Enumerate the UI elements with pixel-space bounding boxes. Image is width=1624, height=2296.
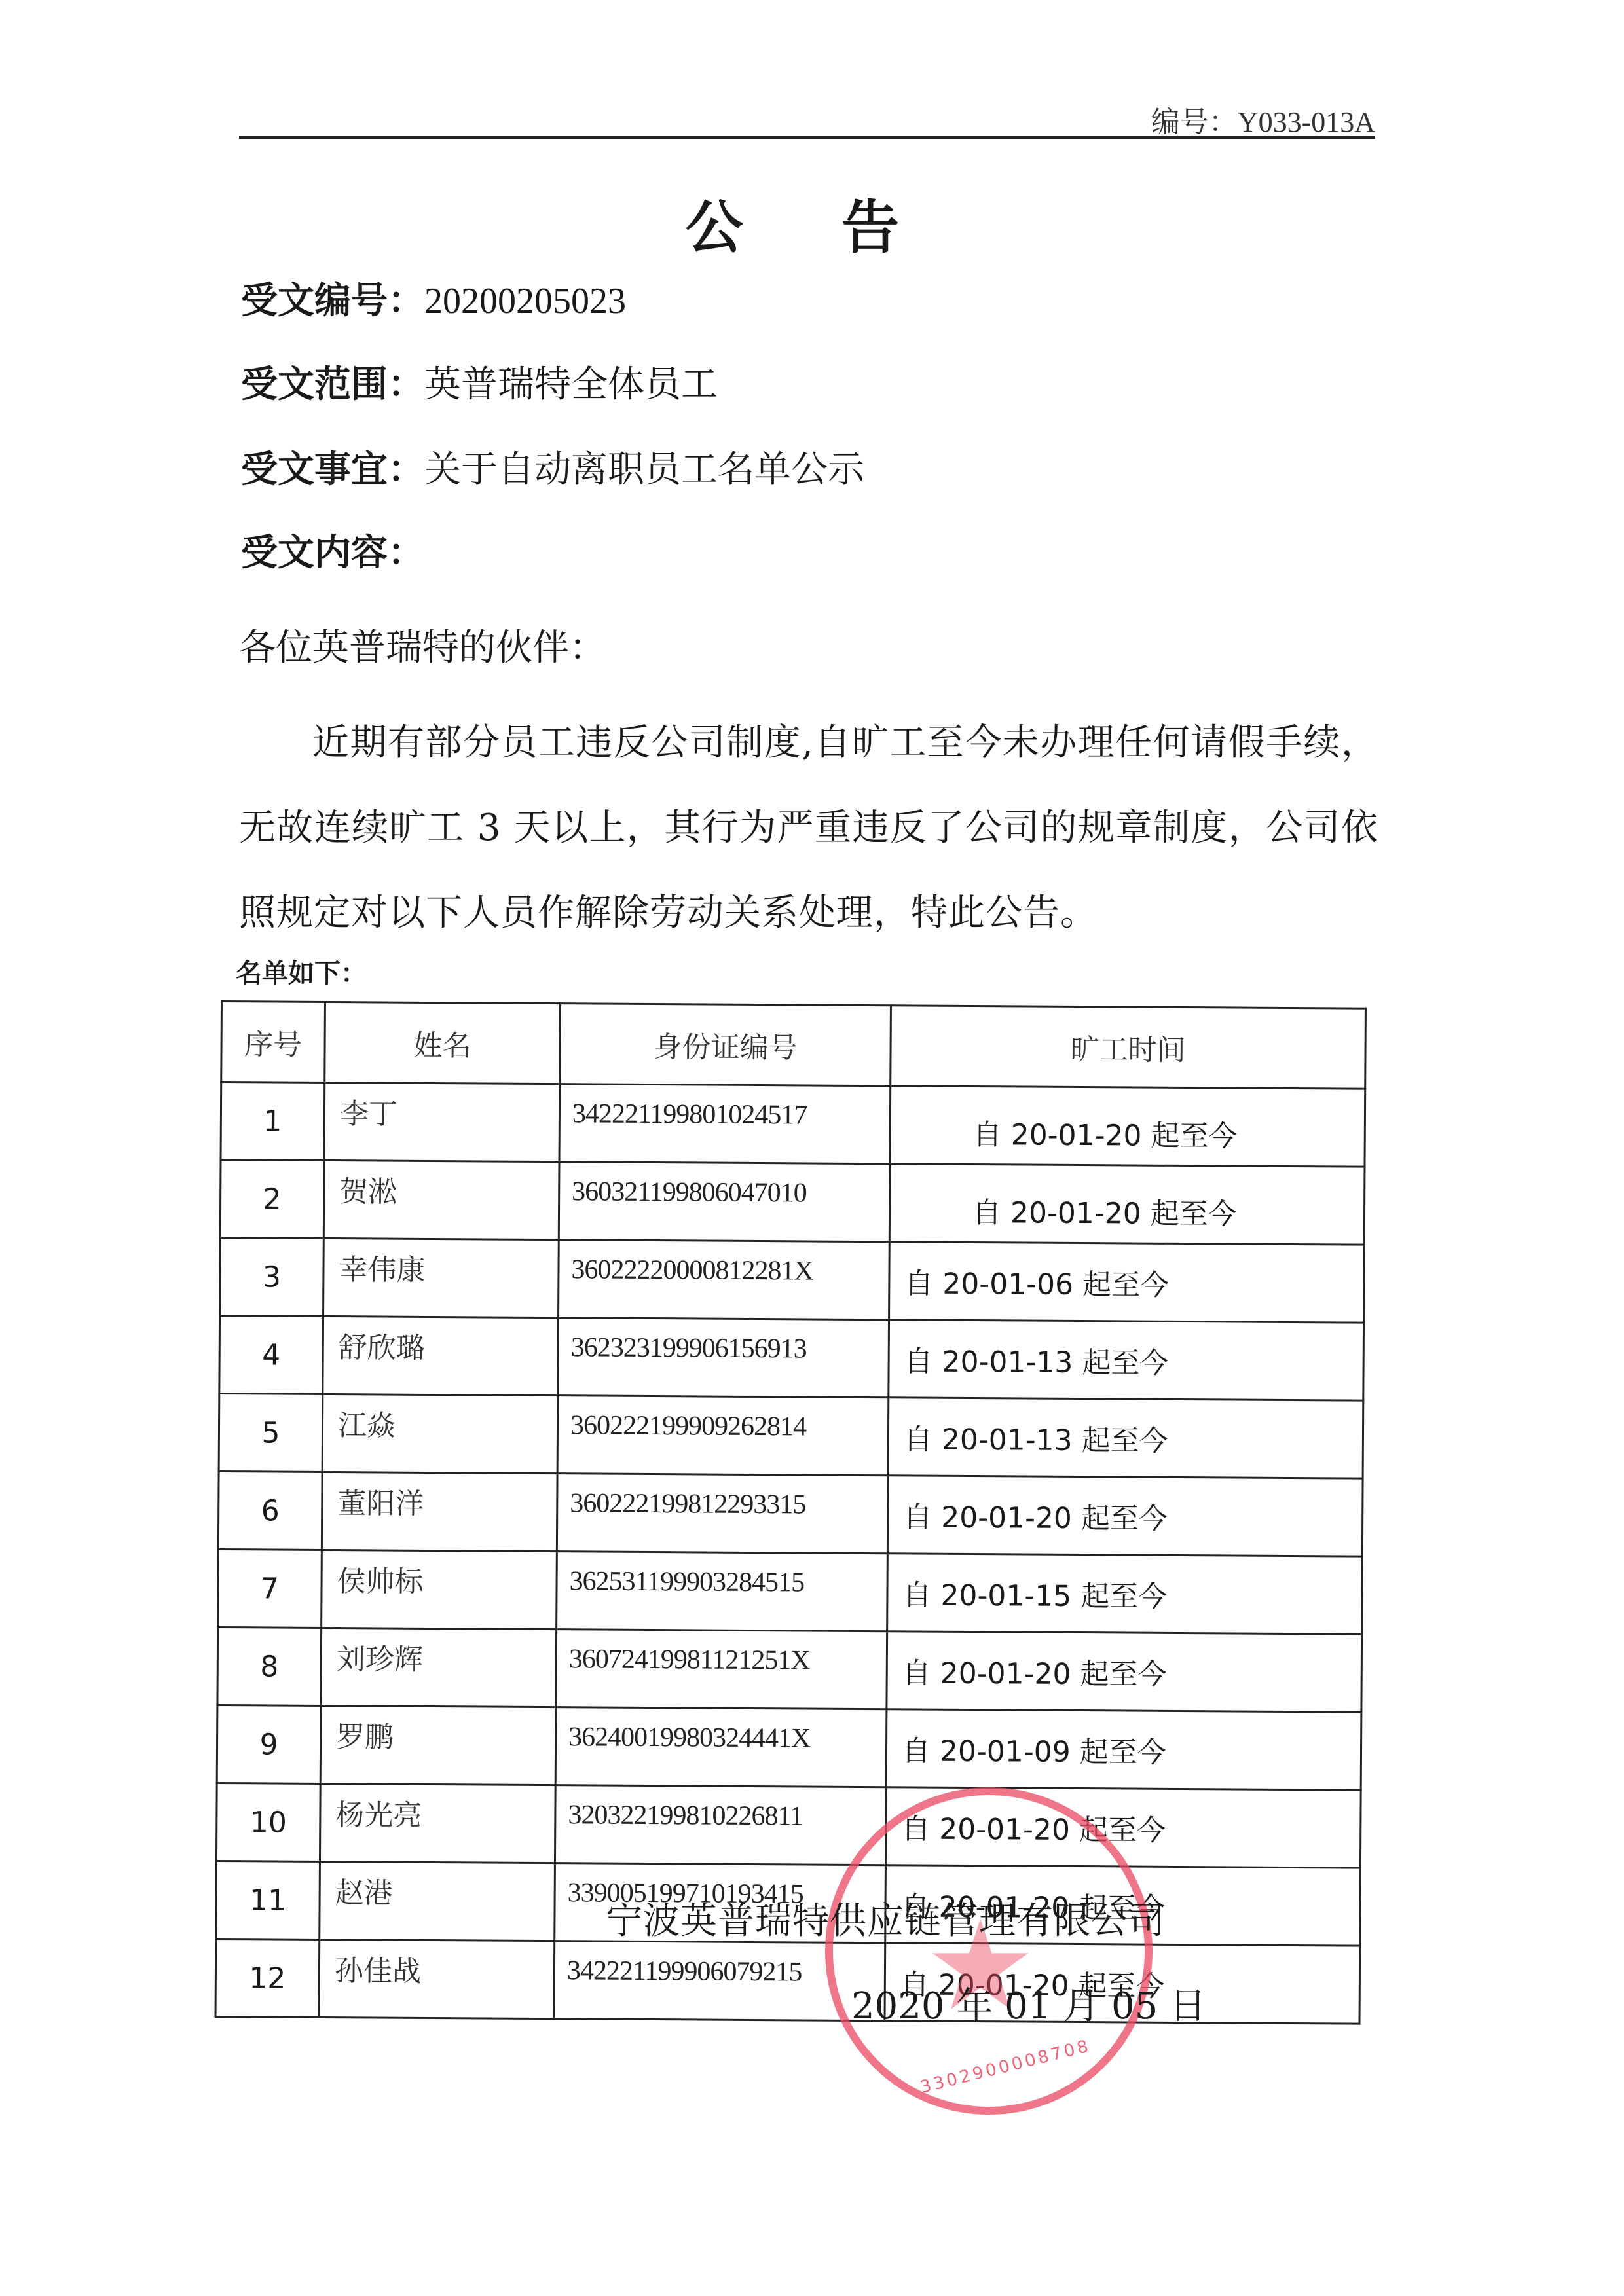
row-name: 杨光亮 [320, 1783, 555, 1863]
table-header-row: 序号 姓名 身份证编号 旷工时间 [221, 1002, 1366, 1089]
subject-value: 关于自动离职员工名单公示 [424, 450, 864, 490]
row-name: 贺淞 [323, 1160, 559, 1239]
row-seq: 10 [216, 1783, 320, 1861]
row-name: 赵港 [320, 1861, 555, 1941]
row-name: 刘珍辉 [321, 1628, 557, 1707]
row-id: 360222199812293315 [557, 1474, 888, 1554]
row-seq: 9 [217, 1705, 321, 1783]
company-stamp: ★ 3302900008708 [825, 1787, 1153, 2115]
row-seq: 11 [216, 1861, 320, 1939]
row-absence: 自 20-01-15 起至今 [887, 1554, 1363, 1634]
row-id: 360321199806047010 [559, 1162, 890, 1242]
row-seq: 6 [218, 1471, 322, 1550]
row-name: 罗鹏 [320, 1705, 556, 1785]
row-seq: 1 [221, 1082, 325, 1161]
row-id: 362531199903284515 [557, 1552, 888, 1631]
greeting: 各位英普瑞特的伙伴： [239, 619, 606, 671]
issue-date: 2020 年 01 月 05 日 [851, 1977, 1206, 2030]
header-name: 姓名 [325, 1002, 561, 1084]
page-title: 公 告 [0, 182, 1624, 264]
row-id: 342221199801024517 [559, 1084, 891, 1164]
subject-line: 受文事宜：关于自动离职员工名单公示 [241, 447, 864, 493]
row-seq: 2 [220, 1160, 324, 1239]
row-absence: 自 20-01-09 起至今 [886, 1709, 1361, 1790]
row-seq: 5 [219, 1393, 323, 1472]
header-absence: 旷工时间 [891, 1006, 1366, 1089]
row-id: 36022220000812281X [559, 1240, 890, 1320]
row-name: 李丁 [324, 1082, 560, 1161]
header-id: 身份证编号 [560, 1004, 891, 1086]
row-name: 孙佳战 [319, 1939, 555, 2018]
row-id: 320322199810226811 [555, 1785, 886, 1865]
table-row: 2 贺淞 360321199806047010 自 20-01-20 起至今 [220, 1160, 1365, 1245]
table-row: 1 李丁 342221199801024517 自 20-01-20 起至今 [221, 1082, 1365, 1167]
content-label: 受文内容： [241, 532, 424, 574]
row-seq: 7 [218, 1549, 322, 1628]
company-name: 宁波英普瑞特供应链管理有限公司 [606, 1892, 1166, 1944]
row-id: 360222199909262814 [557, 1396, 889, 1476]
row-name: 侯帅标 [322, 1550, 557, 1629]
employee-table: 序号 姓名 身份证编号 旷工时间 1 李丁 342221199801024517… [215, 1000, 1367, 2025]
table-row: 8 刘珍辉 36072419981121251X 自 20-01-20 起至今 [217, 1627, 1362, 1712]
row-name: 董阳洋 [322, 1472, 557, 1551]
row-absence: 自 20-01-20 起至今 [887, 1476, 1363, 1556]
header-seq: 序号 [221, 1002, 325, 1083]
table-row: 7 侯帅标 362531199903284515 自 20-01-15 起至今 [218, 1549, 1363, 1634]
row-id: 362323199906156913 [558, 1318, 889, 1398]
row-absence: 自 20-01-13 起至今 [889, 1320, 1364, 1400]
scope-value: 英普瑞特全体员工 [424, 365, 718, 405]
list-heading: 名单如下： [236, 953, 367, 990]
scope-label: 受文范围： [241, 363, 424, 406]
row-id: 36240019980324441X [555, 1707, 887, 1787]
table-row: 10 杨光亮 320322199810226811 自 20-01-20 起至今 [216, 1783, 1361, 1868]
row-absence: 自 20-01-20 起至今 [889, 1164, 1365, 1245]
row-seq: 12 [215, 1939, 320, 2017]
row-seq: 8 [217, 1627, 322, 1705]
row-seq: 3 [220, 1238, 324, 1317]
subject-label: 受文事宜： [241, 448, 424, 491]
row-name: 舒欣璐 [323, 1316, 559, 1395]
header-rule [239, 136, 1375, 139]
row-absence: 自 20-01-06 起至今 [889, 1242, 1365, 1322]
row-absence: 自 20-01-13 起至今 [888, 1398, 1363, 1478]
row-name: 江焱 [322, 1394, 558, 1473]
row-seq: 4 [219, 1316, 323, 1394]
table-row: 4 舒欣璐 362323199906156913 自 20-01-13 起至今 [219, 1316, 1364, 1401]
table-row: 6 董阳洋 360222199812293315 自 20-01-20 起至今 [218, 1471, 1363, 1556]
notice-paragraph: 近期有部分员工违反公司制度,自旷工至今未办理任何请假手续，无故连续旷工 3 天以… [239, 701, 1378, 956]
stamp-registration-number: 3302900008708 [918, 2036, 1092, 2098]
scope-line: 受文范围：英普瑞特全体员工 [241, 362, 718, 408]
doc-number-label: 受文编号： [241, 280, 424, 322]
doc-number-value: 20200205023 [424, 281, 626, 321]
table-row: 9 罗鹏 36240019980324441X 自 20-01-09 起至今 [217, 1705, 1361, 1790]
row-absence: 自 20-01-20 起至今 [887, 1631, 1362, 1712]
table-row: 5 江焱 360222199909262814 自 20-01-13 起至今 [219, 1393, 1363, 1478]
row-id: 36072419981121251X [556, 1630, 887, 1709]
row-absence: 自 20-01-20 起至今 [890, 1086, 1365, 1167]
doc-number-line: 受文编号：20200205023 [241, 278, 626, 324]
table-row: 3 幸伟康 36022220000812281X 自 20-01-06 起至今 [220, 1238, 1365, 1323]
document-code: 编号：Y033-013A [1113, 98, 1375, 140]
content-line: 受文内容： [241, 530, 424, 576]
row-name: 幸伟康 [323, 1238, 559, 1317]
